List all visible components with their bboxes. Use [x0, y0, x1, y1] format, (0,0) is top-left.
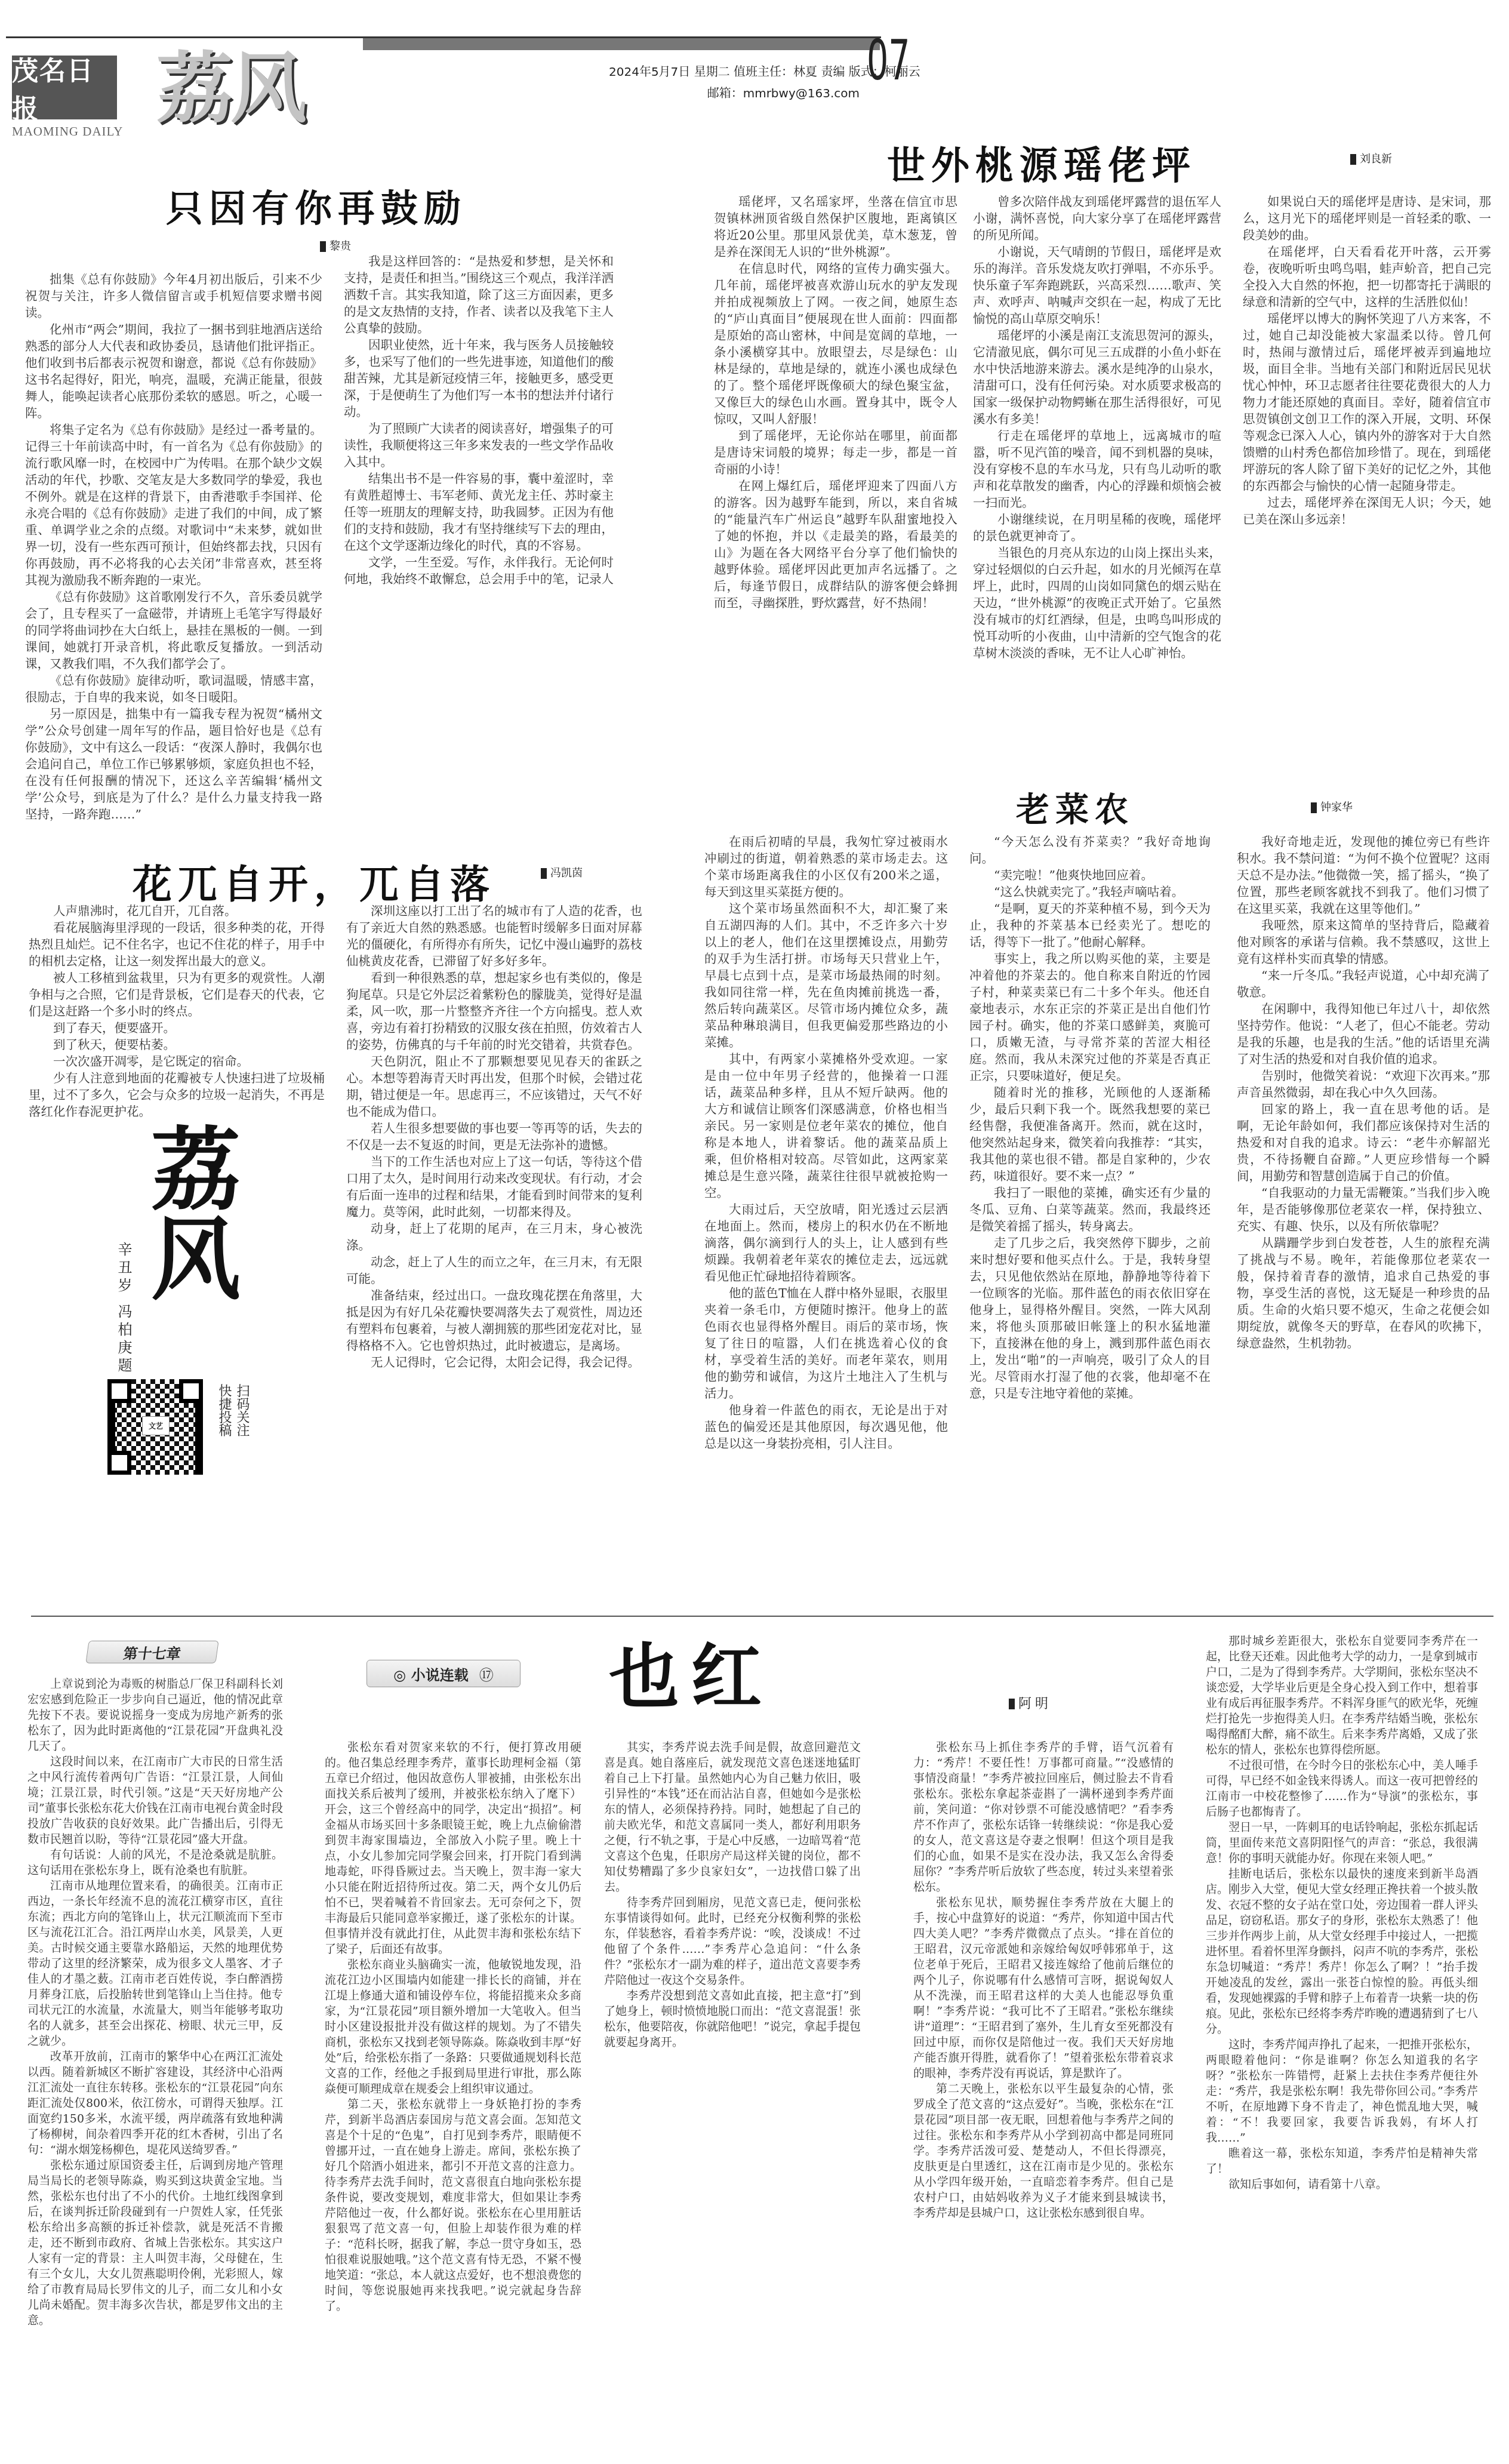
paragraph: 准备结束，经过出口。一盘玫瑰花摆在角落里，大抵是因为有好几朵花瓣快要凋落失去了观… — [346, 1287, 642, 1354]
paragraph: 结集出书不是一件容易的事，囊中羞涩时，幸有黄胜超博士、韦军老师、黄光龙主任、苏时… — [344, 470, 614, 554]
paragraph: 被人工移植到盆栽里，只为有更多的观赏性。人潮争相与之合照，它们是背景板，它们是春… — [29, 970, 325, 1020]
paragraph: 深圳这座以打工出了名的城市有了人造的花香，也有了亲近大自然的熟悉感。也能暂时缓解… — [346, 903, 642, 970]
article2-col1: 瑶佬坪，又名瑶家坪，坐落在信宜市思贺镇林洲顶省级自然保护区腹地，距离镇区将近20… — [714, 193, 957, 743]
paragraph: 拙集《总有你鼓励》今年4月初出版后，引来不少祝贺与关注，许多人微信留言或手机短信… — [25, 271, 322, 321]
paragraph: 少有人注意到地面的花瓣被专人快速扫进了垃圾桶里，过不了多久，它会与众多的垃圾一起… — [29, 1070, 325, 1118]
paragraph: 江南市从地理位置来看，的确很美。江南市正西边，一条长年经流不息的流花江横穿市区，… — [27, 1878, 283, 2049]
paragraph: 第二天晚上，张松东以平生最复杂的心情，张罗成全了范文喜的“这点爱好”。当晚，张松… — [913, 2081, 1174, 2221]
paragraph: 随着时光的推移，光顾他的人逐渐稀少，最后只剩下我一个。既然我想要的菜已经售罄，我… — [969, 1084, 1211, 1185]
serial-episode: ⑰ — [479, 1663, 494, 1684]
article4-col3: 我好奇地走近，发现他的摊位旁已有些许积水。我不禁问道：“为何不换个位置呢？这雨天… — [1237, 833, 1490, 1580]
paragraph: 无人记得时，它会记得，太阳会记得，我会记得。 — [346, 1354, 642, 1371]
article1-author: 黎贵 — [329, 240, 351, 253]
article2-col3: 如果说白天的瑶佬坪是唐诗、是宋词，那么，这月光下的瑶佬坪则是一首轻柔的歌、一段美… — [1243, 193, 1491, 743]
paragraph: 小谢说，天气晴朗的节假日，瑶佬坪是欢乐的海洋。音乐发烧友吹打弹唱，不亦乐乎。快乐… — [973, 244, 1221, 327]
article2-col2: 曾多次陪伴战友到瑶佬坪露营的退伍军人小谢，满怀喜悦，向大家分享了在瑶佬坪露营的所… — [973, 193, 1221, 743]
paragraph: 告别时，他微笑着说：“欢迎下次再来。”那声音虽然微弱，却在我心中久久回荡。 — [1237, 1068, 1490, 1101]
paragraph: 其中，有两家小菜摊格外受欢迎。一家是由一位中年男子经营的，他操着一口涯话，蔬菜品… — [704, 1051, 948, 1201]
paragraph: 化州市“两会”期间，我拉了一捆书到驻地酒店送给熟悉的部分人大代表和政协委员，恳请… — [25, 321, 322, 422]
article4-author: 钟家华 — [1320, 801, 1353, 814]
paragraph: 他身着一件蓝色的雨衣，无论是出于对蓝色的偏爱还是其他原因，每次遇见他，他总是以这… — [704, 1402, 948, 1452]
paragraph: 待李秀芹回到厢房，见范文喜已走，便问张松东事情谈得如何。此时，已经充分权衡利弊的… — [604, 1895, 861, 1988]
paragraph: 大雨过后，天空放晴，阳光透过云层洒在地面上。然而，楼房上的积水仍在不断地滴落，偶… — [704, 1201, 948, 1285]
paper-logo: 茂名日报 — [12, 56, 117, 119]
serial-col5: 那时城乡差距很大，张松东自觉要同李秀芹在一起，比登天还难。因此他考大学的动力，一… — [1206, 1634, 1478, 2457]
paragraph: 在雨后初晴的早晨，我匆忙穿过被雨水冲刷过的街道，朝着熟悉的菜市场走去。这个菜市场… — [704, 833, 948, 900]
paragraph: “自我驱动的力量无需鞭策。”当我们步入晚年，是否能够像那位老菜农一样，保持独立、… — [1237, 1185, 1490, 1235]
paragraph: “是啊，夏天的芥菜种植不易，到今天为止，我种的芥菜基本已经卖光了。想吃的话，得等… — [969, 900, 1211, 950]
byline-marker-icon — [1350, 154, 1356, 165]
paragraph: 天色阴沉，阻止不了那颗想要见见春天的雀跃之心。本想等碧海青天时再出发，但那个时候… — [346, 1053, 642, 1120]
article3-col2: 深圳这座以打工出了名的城市有了人造的花香，也有了亲近大自然的熟悉感。也能暂时缓解… — [346, 903, 642, 1428]
serial-col3: 其实，李秀芹说去洗手间是假，故意回避范文喜是真。她自落座后，就发现范文喜色迷迷地… — [604, 1740, 861, 2456]
paragraph: 有句话说：人前的风光，不是沧桑就是肮脏。这句话用在张松东身上，既有沧桑也有肮脏。 — [27, 1847, 283, 1878]
article1-byline: 黎贵 — [320, 238, 351, 253]
paragraph: 我好奇地走近，发现他的摊位旁已有些许积水。我不禁问道：“为何不换个位置呢？这雨天… — [1237, 833, 1490, 917]
paragraph: 不过很可惜，在今时今日的张松东心中，美人唾手可得，早已经不如金钱来得诱人。而这一… — [1206, 1758, 1478, 1820]
paragraph: 行走在瑶佬坪的草地上，远离城市的喧嚣，听不见汽笛的噪音，闻不到机器的臭味，没有穿… — [973, 427, 1221, 511]
article2-byline: 刘良新 — [1350, 150, 1392, 166]
paragraph: 文学，一生至爱。写作，永伴我行。无论何时何地，我始终不敢懈怠，总会用手中的笔，记… — [344, 554, 614, 587]
paragraph: 其实，李秀芹说去洗手间是假，故意回避范文喜是真。她自落座后，就发现范文喜色迷迷地… — [604, 1740, 861, 1895]
paragraph: “来一斤冬瓜。”我轻声说道，心中却充满了敬意。 — [1237, 967, 1490, 1001]
paragraph: 张松东商业头脑确实一流，他敏锐地发现，沿流花江边小区围墙内如能建一排长长的商铺，… — [325, 1957, 581, 2097]
page-number: 07 — [867, 33, 910, 88]
paragraph: “卖完啦！”他爽快地回应着。 — [969, 867, 1211, 884]
article4-col2: “今天怎么没有芥菜卖？”我好奇地询问。 “卖完啦！”他爽快地回应着。 “这么快就… — [969, 833, 1211, 1580]
article1-title: 只因有你再鼓励 — [166, 179, 467, 232]
paragraph: 为了照顾广大读者的阅读喜好，增强集子的可读性，我顺便将这三年多来发表的一些文学作… — [344, 420, 614, 470]
paragraph: 人声鼎沸时，花兀自开，兀自落。 — [29, 903, 325, 919]
paragraph: 动身，赶上了花期的尾声，在三月末，身心被洗涤。 — [346, 1220, 642, 1254]
section-divider — [31, 1616, 1493, 1617]
article1-col2: 我是这样回答的：“是热爱和梦想，是关怀和支持，是责任和担当。”围绕这三个观点，我… — [344, 253, 614, 587]
paragraph: 挂断电话后，张松东以最快的速度来到新半岛酒店。刚步入大堂，便见大堂女经理正搀扶着… — [1206, 1866, 1478, 2037]
paragraph: 张松东见状，顺势握住李秀芹放在大腿上的手，按心中盘算好的说道：“秀芹，你知道中国… — [913, 1895, 1174, 2081]
serial-author: 阿明 — [1018, 1696, 1052, 1711]
paragraph: 瑶佬坪以博大的胸怀笑迎了八方来客，不过，她自己却没能被大家温柔以待。曾几何时，热… — [1243, 310, 1491, 494]
paragraph: 曾多次陪伴战友到瑶佬坪露营的退伍军人小谢，满怀喜悦，向大家分享了在瑶佬坪露营的所… — [973, 193, 1221, 244]
calligraphy-art: 荔风 — [143, 1122, 233, 1302]
paragraph: 从蹒跚学步到白发苍苍，人生的旅程充满了挑战与不易。晚年，若能像那位老菜农一般，保… — [1237, 1235, 1490, 1352]
article3-author: 冯凯茵 — [550, 867, 583, 879]
edition-info: 2024年5月7日 星期二 值班主任：林夏 责编 版式：柯丽云 — [609, 62, 860, 79]
paragraph: 翌日一早，一阵刺耳的电话铃响起，张松东抓起话筒，里面传来范文喜阴阳怪气的声音：“… — [1206, 1820, 1478, 1866]
qr-label-submit: 快捷投稿 — [216, 1384, 232, 1436]
paragraph: 那时城乡差距很大，张松东自觉要同李秀芹在一起，比登天还难。因此他考大学的动力，一… — [1206, 1634, 1478, 1758]
serial-byline: 阿明 — [1009, 1693, 1052, 1712]
paragraph: 小谢继续说，在月明星稀的夜晚，瑶佬坪的景色就更神奇了。 — [973, 511, 1221, 545]
paragraph: 我是这样回答的：“是热爱和梦想，是关怀和支持，是责任和担当。”围绕这三个观点，我… — [344, 253, 614, 337]
article1-col1: 拙集《总有你鼓励》今年4月初出版后，引来不少祝贺与关注，许多人微信留言或手机短信… — [25, 271, 322, 832]
paragraph: 当下的工作生活也对应上了这一句话，等待这个借口用了太久，是时间用行动来改变现状。… — [346, 1153, 642, 1220]
paragraph: 张松东通过原国资委主任，后调到房地产管理局当局长的老领导陈焱，购买到这块黄金宝地… — [27, 2158, 283, 2328]
article4-byline: 钟家华 — [1311, 799, 1353, 814]
paragraph: 瞧着这一幕，张松东知道，李秀芹怕是精神失常了！ — [1206, 2146, 1478, 2177]
paragraph: 如果说白天的瑶佬坪是唐诗、是宋词，那么，这月光下的瑶佬坪则是一首轻柔的歌、一段美… — [1243, 193, 1491, 244]
edition-email: 邮箱：mmrbwy@163.com — [609, 84, 860, 101]
paragraph: 在网上爆红后，瑶佬坪迎来了四面八方的游客。因为越野车能到，所以，来自省城的“能量… — [714, 478, 957, 611]
article2-author: 刘良新 — [1360, 153, 1392, 165]
paragraph: 改革开放前，江南市的繁华中心在两江汇流处以西。随着新城区不断扩容建设，其经济中心… — [27, 2049, 283, 2158]
article3-col1: 人声鼎沸时，花兀自开，兀自落。 看花展脑海里浮现的一段话，很多种类的花，开得热烈… — [29, 903, 325, 1118]
paragraph: 事实上，我之所以购买他的菜，主要是冲着他的芥菜去的。他自称来自附近的竹园子村，种… — [969, 950, 1211, 1084]
serial-col1: 上章说到沦为毒贩的树脂总厂保卫科副科长刘宏宏感到危险正一步步向自己逼近，他的情况… — [27, 1676, 283, 2453]
paragraph: 另一原因是，拙集中有一篇我专程为祝贺“橘州文学”公众号创建一周年写的作品，题目恰… — [25, 706, 322, 823]
paragraph: 第二天，张松东就带上一身妖艳打扮的李秀芹，到新半岛酒店泰国房与范文喜会面。怎知范… — [325, 2097, 581, 2314]
serial-col2: 张松东看对贺家来软的不行，便打算改用硬的。他召集总经理李秀芹，董事长助理柯金福（… — [325, 1740, 581, 2456]
byline-marker-icon — [1311, 802, 1317, 813]
paragraph: 走了几步之后，我突然停下脚步，之前来时想好要和他买点什么。于是，我转身望去，只见… — [969, 1235, 1211, 1402]
serial-col4: 张松东马上抓住李秀芹的手臂，语气沉着有力：“秀芹！不要任性！万事都可商量。”“没… — [913, 1740, 1174, 2456]
paragraph: 《总有你鼓励》旋律动听，歌词温暖，情感丰富，很励志，于自卑的我来说，如冬日暖阳。 — [25, 672, 322, 706]
paragraph: 若人生很多想要做的事也要一等再等的话，失去的不仅是一去不复返的时间，更是无法弥补… — [346, 1120, 642, 1153]
chapter-banner: 第十七章 — [85, 1641, 218, 1663]
serial-title: 也红 — [609, 1642, 774, 1712]
calligraphy-inscription: 辛丑岁 冯柏庚题 — [113, 1242, 134, 1376]
paragraph: 因职业使然，近十年来，我与医务人员接触较多，也采写了他们的一些先进事迹，知道他们… — [344, 337, 614, 420]
paragraph: 《总有你鼓励》这首歌刚发行不久，音乐委员就学会了，且专程买了一盒磁带，并请班上毛… — [25, 589, 322, 672]
byline-marker-icon — [541, 868, 547, 879]
paragraph: 瑶佬坪的小溪是南江支流思贺河的源头，它清澈见底，偶尔可见三五成群的小鱼小虾在水中… — [973, 327, 1221, 427]
qr-code[interactable]: 文艺 — [107, 1379, 203, 1475]
article4-col1: 在雨后初晴的早晨，我匆忙穿过被雨水冲刷过的街道，朝着熟悉的菜市场走去。这个菜市场… — [704, 833, 948, 1580]
serial-banner: ◎ 小说连载 ⑰ — [367, 1660, 521, 1687]
serial-label: ◎ 小说连载 — [393, 1663, 468, 1684]
paragraph: 将集子定名为《总有你鼓励》是经过一番考量的。记得三十年前读高中时，有一首名为《总… — [25, 422, 322, 589]
section-name: 荔风 — [156, 51, 304, 128]
paragraph: “今天怎么没有芥菜卖？”我好奇地询问。 — [969, 833, 1211, 867]
paragraph: 上章说到沦为毒贩的树脂总厂保卫科副科长刘宏宏感到危险正一步步向自己逼近，他的情况… — [27, 1676, 283, 1754]
paragraph: “这么快就卖完了。”我轻声嘀咕着。 — [969, 884, 1211, 900]
paragraph: 欲知后事如何，请看第十八章。 — [1206, 2177, 1478, 2192]
paragraph: 回家的路上，我一直在思考他的话。是啊，无论年龄如何，我们都应该保持对生活的热爱和… — [1237, 1101, 1490, 1185]
paragraph: 这时，李秀芹闻声挣扎了起来，一把推开张松东，两眼瞪着他问：“你是谁啊？你怎么知道… — [1206, 2037, 1478, 2146]
paragraph: 看到一种很熟悉的草，想起家乡也有类似的，像是狗尾草。只是它外层泛着紫粉色的朦胧美… — [346, 970, 642, 1053]
article3-byline: 冯凯茵 — [541, 865, 583, 880]
paragraph: 过去，瑶佬坪养在深闺无人识；今天，她已美在深山多远亲！ — [1243, 494, 1491, 528]
qr-label-follow: 扫码关注 — [234, 1384, 250, 1436]
paragraph: 在闲聊中，我得知他已年过八十，却依然坚持劳作。他说：“人老了，但心不能老。劳动是… — [1237, 1001, 1490, 1068]
paragraph: 这段时间以来，在江南市广大市民的日常生活之中风行流传着两句广告语：“江景江景，人… — [27, 1754, 283, 1847]
paragraph: 瑶佬坪，又名瑶家坪，坐落在信宜市思贺镇林洲顶省级自然保护区腹地，距离镇区将近20… — [714, 193, 957, 260]
paragraph: 这个菜市场虽然面积不大，却汇聚了来自五湖四海的人们。其中，不乏许多六十岁以上的老… — [704, 900, 948, 1051]
paragraph: 李秀芹没想到范文喜如此直接，把主意“打”到了她身上，顿时愤愤地脱口而出：“范文喜… — [604, 1988, 861, 2050]
paragraph: 到了瑶佬坪，无论你站在哪里，前面都是唐诗宋词般的境界；每走一步，都是一首奇丽的小… — [714, 427, 957, 478]
paragraph: 他的蓝色T恤在人群中格外显眼，衣服里夹着一条毛巾，方便随时擦汗。他身上的蓝色雨衣… — [704, 1285, 948, 1402]
paragraph: 我扫了一眼他的菜摊，确实还有少量的冬瓜、豆角、白菜等蔬菜。然而，我最终还是微笑着… — [969, 1185, 1211, 1235]
paragraph: 当银色的月亮从东边的山岗上探出头来，穿过轻烟似的白云升起，如水的月光倾泻在草坪上… — [973, 545, 1221, 662]
qr-center-label: 文艺 — [142, 1416, 170, 1435]
article2-title: 世外桃源瑶佬坪 — [887, 135, 1196, 190]
paragraph: 张松东看对贺家来软的不行，便打算改用硬的。他召集总经理李秀芹，董事长助理柯金福（… — [325, 1740, 581, 1957]
paragraph: 到了秋天，便要枯萎。 — [29, 1036, 325, 1053]
header-gray-bar — [363, 38, 880, 50]
article4-title: 老菜农 — [1016, 783, 1134, 831]
paragraph: 看花展脑海里浮现的一段话，很多种类的花，开得热烈且灿烂。记不住名字，也记不住花的… — [29, 919, 325, 970]
article3-title: 花兀自开，兀自落 — [133, 853, 495, 909]
paragraph: 一次次盛开凋零，是它既定的宿命。 — [29, 1053, 325, 1070]
paragraph: 到了春天，便要盛开。 — [29, 1020, 325, 1036]
paragraph: 在瑶佬坪，白天看看花开叶落，云开雾卷，夜晚听听虫鸣鸟唱，蛙声蚧音，把自己完全投入… — [1243, 244, 1491, 310]
paragraph: 张松东马上抓住李秀芹的手臂，语气沉着有力：“秀芹！不要任性！万事都可商量。”“没… — [913, 1740, 1174, 1895]
paper-logo-english: MAOMING DAILY — [12, 124, 117, 139]
byline-marker-icon — [1009, 1699, 1015, 1709]
byline-marker-icon — [320, 241, 326, 252]
paragraph: 我哑然，原来这简单的坚持背后，隐藏着他对顾客的承诺与信赖。我不禁感叹，这世上竟有… — [1237, 917, 1490, 967]
paragraph: 在信息时代，网络的宣传力确实强大。几年前，瑶佬坪被喜欢游山玩水的驴友发现并拍成视… — [714, 260, 957, 427]
paragraph: 动念，赶上了人生的而立之年，在三月末，有无限可能。 — [346, 1254, 642, 1287]
